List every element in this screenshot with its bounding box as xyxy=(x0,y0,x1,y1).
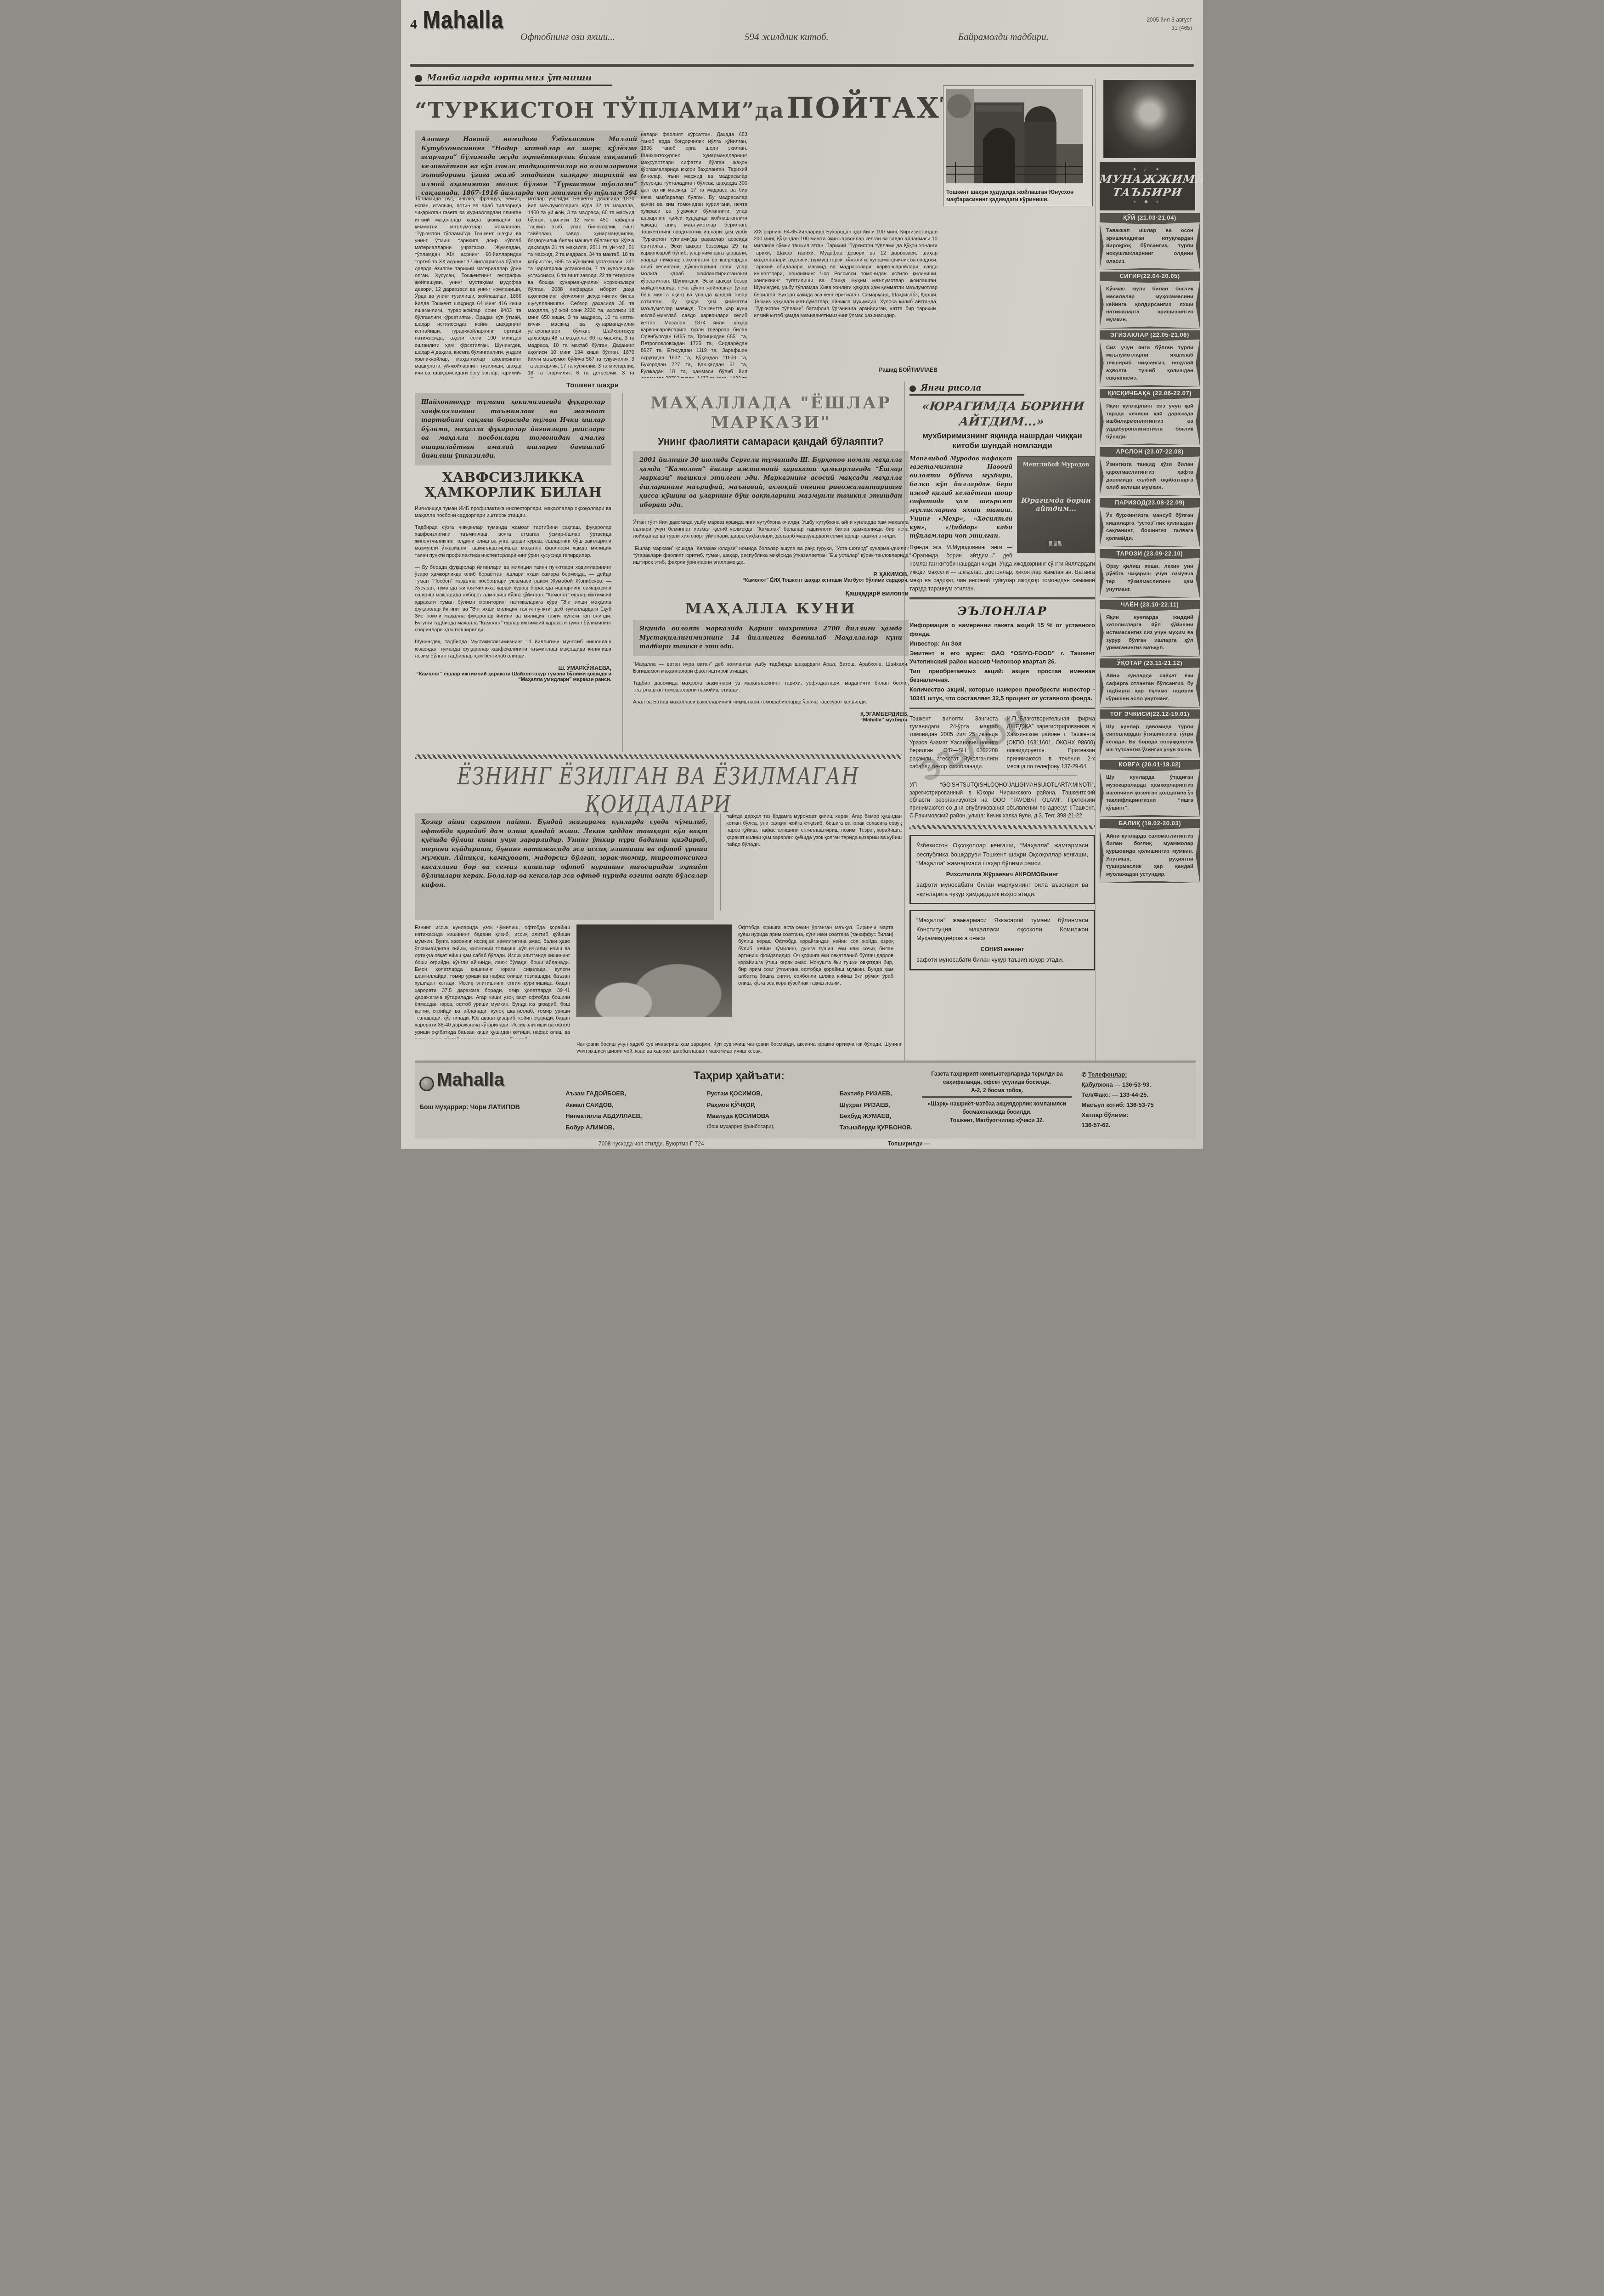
horoscope-text: Орзу қилиш яхши, лекин уни рўёбга чиқари… xyxy=(1100,558,1200,598)
board-member: Акмал САИДОВ, xyxy=(565,1100,642,1111)
article3-p1: Ўтган тўрт йил давомида ушбу марказ қоши… xyxy=(633,519,909,540)
article6-headline: ЁЗНИНГ ЁЗИЛГАН ВА ЁЗИЛМАГАН ҚОИДАЛАРИ xyxy=(415,762,902,818)
horoscope-entry: АРСЛОН (23.07-22.08)Ўзингизга танқид кўз… xyxy=(1100,447,1200,496)
print-line2: А-2, 2 босма тобоқ. xyxy=(922,1086,1073,1094)
horoscope-entry: ТОҒ ЭЧКИСИ(22.12-19.01)Шу кунлар давомид… xyxy=(1100,709,1200,759)
horoscope-sign: СИГИР(22.04-20.05) xyxy=(1100,272,1200,281)
horoscope-text: Яқин кунларнинг сиз учун қай тарзда кечи… xyxy=(1100,398,1200,445)
article3-lead: 2001 йилнинг 30 июлида Сергели туманида … xyxy=(633,451,909,514)
editorial-board: Таҳрир ҳайъати: Аъзам ГАДОЙБОЕВ, Акмал С… xyxy=(565,1070,912,1139)
article1-col4-wrap: XIX асрнинг 64-65-йилларида Бухородан ҳа… xyxy=(754,229,938,378)
article3-headline: МАҲАЛЛАДА "ЁШЛАР МАРКАЗИ" xyxy=(633,393,909,432)
article5-subhead: мухбиримизнинг яқинда нашрдан чиққан кит… xyxy=(909,431,1095,451)
horoscope-sign: ҚИСҚИЧБАҚА (22.06-22.07) xyxy=(1100,389,1200,398)
right-column: Янги рисола «ЮРАГИМДА БОРИНИ АЙТДИМ...» … xyxy=(904,381,1095,1060)
horoscope-entry: ЧАЁН (23.10-22.11)Яқин кунларда жиддий х… xyxy=(1100,600,1200,657)
stars-decor-icon: ✦ ☄ ✦ xyxy=(1100,166,1195,172)
ob1-name: Рихситилла Жўраевич АКРОМОВнинг xyxy=(916,870,1088,879)
article2-headline-line2: ҲАМКОРЛИК БИЛАН xyxy=(415,485,611,500)
thin-rule xyxy=(928,775,1077,776)
ads-title: ЭЪЛОНЛАР xyxy=(909,605,1095,618)
mini-ads: Тошкент вилояти Зангиота туманидаги 24-ў… xyxy=(909,715,1095,771)
phone-line: 136-57-62. xyxy=(1081,1120,1191,1130)
book-author: Менглибой Муродов xyxy=(1021,461,1091,468)
page-number: 4 xyxy=(410,17,417,32)
horoscope-text: Шу кунларда ўтадиган музокараларда ҳамко… xyxy=(1100,769,1200,816)
article2-byline: Ш. УМАРХЎЖАЕВА, xyxy=(415,665,611,671)
ob2-name: СОНИЯ аянинг xyxy=(916,945,1088,954)
horoscope-text: Ўз буржингизга мансуб бўлган кишиларга “… xyxy=(1100,507,1200,547)
article5-headline: «ЮРАГИМДА БОРИНИ АЙТДИМ...» xyxy=(908,399,1095,429)
ob2-text1: “Маҳалла” жамғармаси Яккасарой тумани бў… xyxy=(916,917,1088,941)
article1-col2: мотлар учрайди. Бешёғоч даҳасида 1870 йи… xyxy=(528,196,634,378)
kicker-label: Манбаларда юртимиз ўтмиши xyxy=(427,73,592,83)
mausoleum-photo xyxy=(946,89,1083,183)
article4-p1: “Маҳалла — ватан ичра ватан” деб номланг… xyxy=(633,661,909,675)
board-member: Раҳмон ҚЎЧҚОР, xyxy=(707,1100,774,1111)
editor-name: Чори ЛАТИПОВ xyxy=(470,1103,520,1111)
horoscope-entry: ТАРОЗИ (23.09-22.10)Орзу қилиш яхши, лек… xyxy=(1100,549,1200,598)
horoscope-entry: ЎҚОТАР (23.11-21.12)Айни кунларда саёҳат… xyxy=(1100,658,1200,708)
pages-line: 1 2 3 4 5 xyxy=(695,1148,733,1149)
print-divider xyxy=(922,1096,1073,1098)
horoscope-text: Сиз учун янги бўлган турли маълумотларни… xyxy=(1100,340,1200,387)
hatch-divider-top xyxy=(415,754,902,759)
phones-box: ✆ Телефонлар: Қабулхона — 136-53-93. Тел… xyxy=(1081,1070,1191,1139)
article6-col3: Офтобда юришга аста-секин ўрганган маъқу… xyxy=(738,924,893,1038)
board-member: Таънаберди ҚУРБОНОВ. xyxy=(840,1122,913,1134)
stars-decor-icon: ✧ ✹ ✧ xyxy=(1100,199,1195,205)
reorg-notice: УП “GO’SHTSUTQISHLOQHO’JALIGIMAHSUIOTLAR… xyxy=(909,781,1095,819)
article4-p2: Тадбир давомида маҳалла вакиллари ўз маҳ… xyxy=(633,680,909,694)
article3-p2: “Ёшлар маркази” қошида “Келажак юлдузи” … xyxy=(633,545,909,567)
article5-body: Менглибой Муродов Юрагимда борин айтдим.… xyxy=(909,454,1095,593)
date-line: 2005 йил 3 август xyxy=(1147,16,1192,24)
date-issue: 2005 йил 3 август 31 (465) xyxy=(1147,16,1192,32)
horoscope-sign: ЭГИЗАКЛАР (22.05-21.06) xyxy=(1100,330,1200,340)
board-col3: Бахтиёр РИЗАЕВ, Шуҳрат РИЗАЕВ, Беҳбуд ЖУ… xyxy=(840,1088,913,1134)
submitted-line: Топширилди — xyxy=(888,1140,930,1147)
article-yoz: ЁЗНИНГ ЁЗИЛГАН ВА ЁЗИЛМАГАН ҚОИДАЛАРИ Ҳо… xyxy=(415,754,902,1053)
horoscope-text: Таваккал ишлар ва осон эришиладиган ютуқ… xyxy=(1100,222,1200,270)
horoscope-sidebar: ✦ ☄ ✦ МУНАЖЖИМЛАР ТАЪБИРИ ✧ ✹ ✧ ҚЎЙ (21.… xyxy=(1096,79,1200,1063)
horoscope-text: Айни кунларда саёҳат ёки сафарга отланга… xyxy=(1100,668,1200,708)
article2-headline-line1: ХАВФСИЗЛИККА xyxy=(415,470,611,485)
horoscope-text: Кўчмас мулк билан боғлиқ масалалар муҳок… xyxy=(1100,281,1200,328)
article6-photo-col xyxy=(576,924,732,1038)
horoscope-entry: ПАРИЗОД(23.08-22.09)Ўз буржингизга мансу… xyxy=(1100,498,1200,547)
ads-stock3: Эмитент и его адрес: ОАО “OSIYO-FOOD” г.… xyxy=(909,649,1095,667)
article6-under-photo: Чанқовни босиш учун ҳадеб сув ичавериш ҳ… xyxy=(576,1041,902,1053)
article2-p3: — Бу борада фуқаролар йиғинлари ва милиц… xyxy=(415,564,611,634)
horoscope-sign: ЧАЁН (23.10-22.11) xyxy=(1100,600,1200,609)
obituary-soniya: “Маҳалла” жамғармаси Яккасарой тумани бў… xyxy=(909,910,1095,970)
masthead-logo: Mahalla xyxy=(423,6,503,34)
article4-byline2: “Mahalla” мухбири. xyxy=(633,717,909,723)
article1-byline: Рашид БОЙТИЛЛАЕВ xyxy=(754,367,938,373)
ads-stock5: Количество акций, которые намерен приобр… xyxy=(909,686,1095,703)
article6-lead: Ҳозир айни саратон пайти. Бундай жазирам… xyxy=(415,813,714,920)
article2-p1: Йиғилишда туман ИИБ профилактика инспект… xyxy=(415,505,611,519)
article5-headline-line1: «ЮРАГИМДА БОРИНИ xyxy=(909,399,1095,414)
horoscope-sign: БАЛИҚ (19.02-20.03) xyxy=(1100,819,1200,828)
print-line3: «Шарқ» нашриёт-матбаа акциядорлик компан… xyxy=(922,1100,1073,1116)
teaser-1: Офтобнинг ози яхши... xyxy=(520,31,615,43)
article5-kicker: Янги рисола xyxy=(909,383,1024,396)
bullet-icon xyxy=(415,75,422,82)
horoscope-title-line2: ТАЪБИРИ xyxy=(1099,186,1196,199)
phone-line: Хатлар бўлими: xyxy=(1081,1110,1191,1120)
book-cover-photo: Менглибой Муродов Юрагимда борин айтдим.… xyxy=(1017,456,1095,553)
horoscope-entry: ЭГИЗАКЛАР (22.05-21.06)Сиз учун янги бўл… xyxy=(1100,330,1200,387)
horoscope-sign: КОВҒА (20.01-18.02) xyxy=(1100,760,1200,769)
issue-line: 31 (465) xyxy=(1147,24,1192,32)
article3-subhead: Унинг фаолияти самараси қандай бўлаяпти? xyxy=(633,436,909,448)
horoscope-text: Яқин кунларда жиддий хатоликларга йўл қў… xyxy=(1100,609,1200,657)
board-member: Бахтиёр РИЗАЕВ, xyxy=(840,1088,913,1100)
horoscope-sign: ҚЎЙ (21.03-21.04) xyxy=(1100,213,1200,222)
board-member: Бобур АЛИМОВ, xyxy=(565,1122,642,1134)
horoscope-text: Ўзингизга танқид кўзи билан қаролмаслиги… xyxy=(1100,456,1200,496)
board-member: Шуҳрат РИЗАЕВ, xyxy=(840,1100,913,1111)
fortune-teller-photo xyxy=(1103,80,1196,158)
ob1-text1: Ўзбекистон Оқсоқоллар кенгаши, “Маҳалла”… xyxy=(916,842,1088,867)
print-info: Газета тахририят компьютерларида терилди… xyxy=(922,1070,1073,1139)
horoscope-entry: ҚЎЙ (21.03-21.04)Таваккал ишлар ва осон … xyxy=(1100,213,1200,270)
board-member: Ниғматилла АБДУЛЛАЕВ, xyxy=(565,1111,642,1122)
horoscope-sign: ЎҚОТАР (23.11-21.12) xyxy=(1100,658,1200,668)
board-member: Беҳбуд ЖУМАЕВ, xyxy=(840,1111,913,1122)
row2: Тошкент шаҳри Шайхонтоҳур тумани ҳокимил… xyxy=(415,384,902,752)
article4-p3: Арал ва Батош маҳалласи вакилларининг чи… xyxy=(633,699,909,706)
board-col2: Рустам ҚОСИМОВ, Раҳмон ҚЎЧҚОР, Мавлуда Қ… xyxy=(707,1088,774,1134)
mini-ad-left: Тошкент вилояти Зангиота туманидаги 24-ў… xyxy=(909,715,1002,771)
section-label-tashkent: Тошкент шаҳри xyxy=(566,381,619,389)
article6-righttop: пайтда дарҳол тез ёрдамга мурожаат қилиш… xyxy=(720,813,902,911)
pool-photo xyxy=(576,924,732,1017)
page-header: 4 Mahalla Офтобнинг ози яхши... 594 жилд… xyxy=(410,7,1194,67)
article3-byline: Р. ҲАКИМОВ, xyxy=(633,571,909,578)
article2-lead: Шайхонтоҳур тумани ҳокимилигида фуқарола… xyxy=(415,393,611,465)
ob2-text2: вафоти муносабати билан чуқур таъзия изҳ… xyxy=(916,956,1063,963)
horoscope-sign: ПАРИЗОД(23.08-22.09) xyxy=(1100,498,1200,507)
board-member-note: (бош муҳаррир ўринбосари), xyxy=(707,1122,774,1132)
footer-logo-box: Mahalla Бош муҳаррир: Чори ЛАТИПОВ xyxy=(419,1070,556,1139)
article5-headline-line2: АЙТДИМ...» xyxy=(908,414,1095,430)
print-line1: Газета тахририят компьютерларида терилди… xyxy=(922,1070,1073,1086)
photo1-caption: Тошкент шаҳри ҳудудида жойлашган Юнусхон… xyxy=(946,188,1090,203)
article6-col1: Ёзнинг иссиқ кунларида узоқ чўмилиш, офт… xyxy=(415,924,570,1038)
board-member: Мавлуда ҚОСИМОВА xyxy=(707,1111,774,1122)
horoscope-text: Шу кунлар давомида турли синовлардан ўти… xyxy=(1100,719,1200,759)
article5-kicker-label: Янги рисола xyxy=(921,383,981,393)
divider-rule xyxy=(909,708,1095,710)
article1-col4: XIX асрнинг 64-65-йилларида Бухородан ҳа… xyxy=(754,229,938,367)
horoscope-sign: АРСЛОН (23.07-22.08) xyxy=(1100,447,1200,456)
board-title: Таҳрир ҳайъати: xyxy=(565,1070,912,1083)
horoscope-entry: КОВҒА (20.01-18.02)Шу кунларда ўтадиган … xyxy=(1100,760,1200,816)
article3-byline2: “Камолот” ЁИҲ Тошкент шаҳар кенгаши Матб… xyxy=(633,578,909,583)
horoscope-title-line1: МУНАЖЖИМЛАР xyxy=(1099,172,1196,186)
article4-headline: МАҲАЛЛА КУНИ xyxy=(633,600,909,617)
article1-lead: Алишер Навоий номидаги Ўзбекистон Миллий… xyxy=(415,130,644,198)
phones-title: Телефонлар: xyxy=(1088,1071,1127,1078)
header-rule xyxy=(410,64,1194,67)
circulation-line: 7008 нусхада чоп этилди. Буюртма Г-724 xyxy=(599,1140,704,1147)
obituary-akromov: Ўзбекистон Оқсоқоллар кенгаши, “Маҳалла”… xyxy=(909,835,1095,904)
horoscope-text: Айни кунларда саломатлигингиз билан боғл… xyxy=(1100,828,1200,883)
board-member: Аъзам ГАДОЙБОЕВ, xyxy=(565,1088,642,1100)
ads-stock2: Инвестор: Ан Зоя xyxy=(909,640,1095,648)
article4-region-label: Қашқадарё вилояти xyxy=(633,590,909,597)
horoscope-entry: СИГИР(22.04-20.05)Кўчмас мулк билан боғл… xyxy=(1100,272,1200,328)
article-xavfsizlik: Шайхонтоҳур тумани ҳокимилигида фуқарола… xyxy=(415,393,611,752)
teaser-2: 594 жилдлик китоб. xyxy=(745,31,829,43)
phone-line: Қабулхона — 136-53-93. xyxy=(1081,1080,1191,1090)
print-line4: Тошкент, Матбуотчилар кўчаси 32. xyxy=(922,1116,1073,1124)
book-title: Юрагимда борин айтдим... xyxy=(1021,496,1091,513)
ads-stock4: Тип приобретаемых акций: акция простая и… xyxy=(909,667,1095,685)
bullet-icon xyxy=(909,386,916,392)
phone-line: Масъул котиб: 136-53-75 xyxy=(1081,1100,1191,1110)
row2-middle-column: МАҲАЛЛАДА "ЁШЛАР МАРКАЗИ" Унинг фаолияти… xyxy=(622,393,909,752)
article-turkiston: “ТУРКИСТОН ТЎПЛАМИ”да ПОЙТАХТ тарихи Али… xyxy=(415,91,1095,380)
ob1-text2: вафоти муносабати билан марҳумнинг оила … xyxy=(916,881,1088,897)
teaser-3: Байрамолди тадбири. xyxy=(958,31,1049,43)
headline-part-big: ПОЙТАХТ xyxy=(787,91,963,125)
article2-byline2: “Камолот” ёшлар ижтимоий ҳаракати Шайхон… xyxy=(415,671,611,682)
board-member: Рустам ҚОСИМОВ, xyxy=(707,1088,774,1100)
footer-logo: Mahalla xyxy=(437,1070,504,1090)
book-footer-decor: ▒▒▒ xyxy=(1021,541,1091,548)
ads-stock1: Информация о намерении пакета акций 15 %… xyxy=(909,621,1095,639)
horoscope-entry: ҚИСҚИЧБАҚА (22.06-22.07)Яқин кунларнинг … xyxy=(1100,389,1200,445)
article1-col1: Тўпламида рус, инглиз, француз, немис, и… xyxy=(415,196,521,378)
board-col1: Аъзам ГАДОЙБОЕВ, Акмал САИДОВ, Ниғматилл… xyxy=(565,1088,642,1134)
horoscope-title-box: ✦ ☄ ✦ МУНАЖЖИМЛАР ТАЪБИРИ ✧ ✹ ✧ xyxy=(1100,162,1195,210)
hatch-divider xyxy=(909,825,1095,829)
horoscope-entry: БАЛИҚ (19.02-20.03)Айни кунларда саломат… xyxy=(1100,819,1200,883)
section-kicker: Манбаларда юртимиз ўтмиши xyxy=(415,73,612,86)
newspaper-page: 4 Mahalla Офтобнинг ози яхши... 594 жилд… xyxy=(401,0,1203,1149)
mini-ad-right: И.П.“Благотворительная фирма ДЖЕДЖА” зар… xyxy=(1007,715,1096,771)
editor-label: Бош муҳаррир: xyxy=(419,1103,469,1111)
article4-byline: Қ.ЭГАМБЕРДИЕВ, xyxy=(633,711,909,717)
teaser-row: Офтобнинг ози яхши... 594 жилдлик китоб.… xyxy=(520,31,1049,43)
divider-rule xyxy=(909,597,1095,600)
article1-col3: налари фаолият кўрсатган. Даҳада 653 тан… xyxy=(641,131,747,378)
phone-icon: ✆ xyxy=(1081,1071,1088,1078)
article2-headline: ХАВФСИЗЛИККА ҲАМКОРЛИК БИЛАН xyxy=(415,470,611,500)
page-footer: Mahalla Бош муҳаррир: Чори ЛАТИПОВ Таҳри… xyxy=(415,1060,1196,1139)
horoscope-sign: ТАРОЗИ (23.09-22.10) xyxy=(1100,549,1200,558)
headline-part-quoted: “ТУРКИСТОН ТЎПЛАМИ”да xyxy=(415,98,785,123)
mausoleum-photo-box: Тошкент шаҳри ҳудудида жойлашган Юнусхон… xyxy=(943,85,1093,206)
phone-line: Тел/Факс: — 133-44-25. xyxy=(1081,1090,1191,1100)
horoscope-sign: ТОҒ ЭЧКИСИ(22.12-19.01) xyxy=(1100,709,1200,719)
globe-icon xyxy=(419,1077,434,1091)
article2-p4: Шунингдек, тадбирда Мустақиллигимизнинг … xyxy=(415,639,611,660)
article2-p2: Тадбирда сўзга чиққанлар туманда жамоат … xyxy=(415,524,611,559)
article4-lead: Яқинда вилоят марказида Қарши шаҳрининг … xyxy=(633,620,909,656)
